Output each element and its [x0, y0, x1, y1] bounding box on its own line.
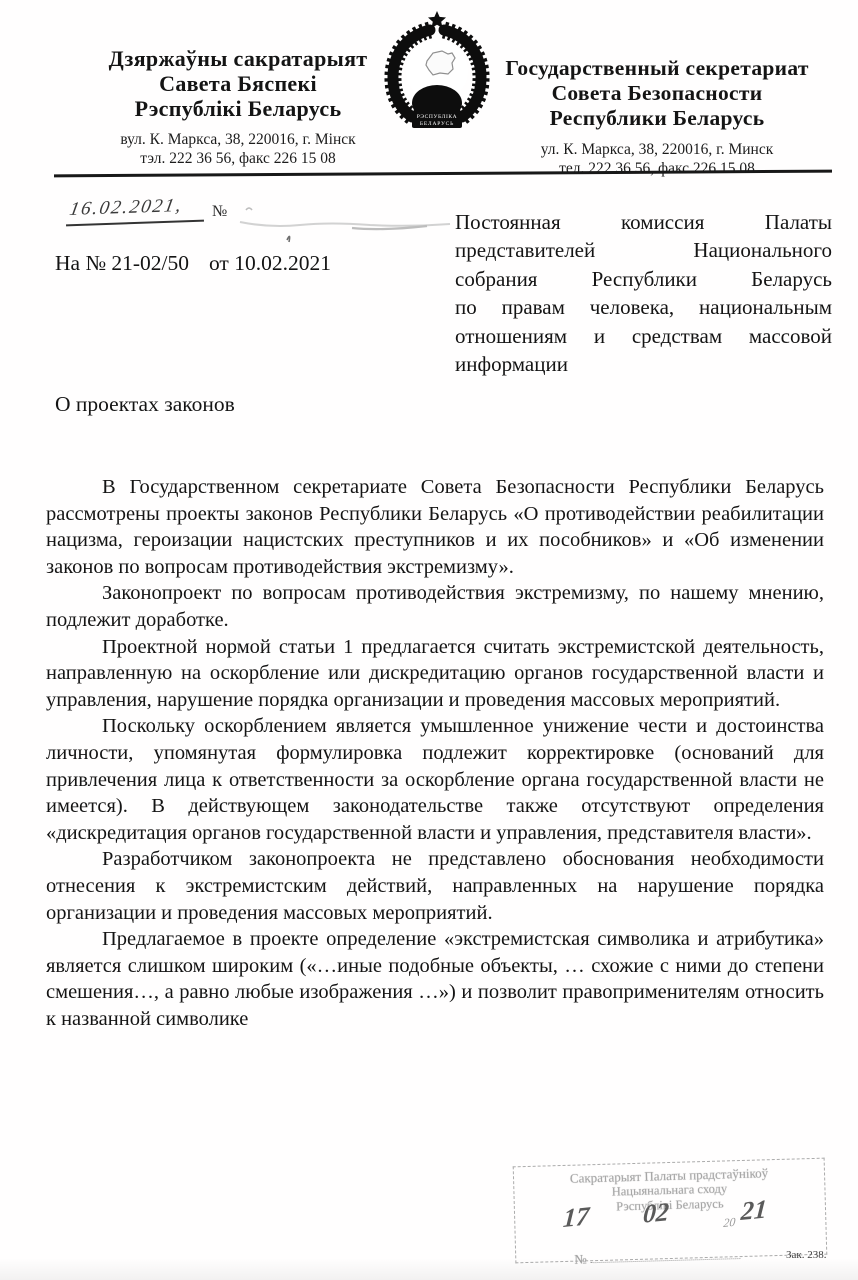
org-name-line: Рэспублікі Беларусь — [52, 96, 424, 121]
recipient-line: по правам человека, национальным — [455, 293, 832, 321]
org-name-line: Совета Безопасности — [468, 81, 846, 106]
recipient-line: отношениям и средствам массовой — [455, 322, 832, 350]
body-paragraph: Поскольку оскорблением является умышленн… — [46, 713, 824, 846]
body-paragraph: В Государственном секретариате Совета Бе… — [46, 474, 824, 580]
scan-shadow — [0, 1258, 858, 1280]
stamp-month: 02 — [643, 1204, 670, 1222]
handwritten-outgoing-date: 16.02.2021, — [68, 195, 185, 221]
reply-reference-line: На № 21-02/50от 10.02.2021 — [55, 251, 331, 276]
body-paragraph: Предлагаемое в проекте определение «экст… — [46, 926, 824, 1032]
stamp-year-preprint: 20 — [723, 1215, 736, 1231]
stamp-day: 17 — [563, 1208, 590, 1226]
org-name-line: Савета Бяспекі — [52, 71, 424, 96]
stamp-year: 21 — [741, 1201, 768, 1219]
pencil-scribble — [232, 196, 462, 246]
reply-number: На № 21-02/50 — [55, 251, 189, 275]
recipient-line: собрания Республики Беларусь — [455, 265, 832, 293]
registration-stamp: Сакратарыят Палаты прадстаўнікоў Нацыяна… — [513, 1158, 828, 1264]
letter-body: В Государственном секретариате Совета Бе… — [46, 474, 824, 1032]
body-paragraph: Проектной нормой статьи 1 предлагается с… — [46, 634, 824, 714]
org-name-line: Дзяржаўны сакратарыят — [52, 46, 424, 71]
ribbon-text: БЕЛАРУСЬ — [420, 121, 454, 127]
letterhead-russian: Государственный секретариат Совета Безоп… — [468, 56, 846, 178]
recipient-block: Постоянная комиссия Палаты представителе… — [455, 208, 832, 378]
recipient-line: представителей Национального — [455, 236, 832, 264]
recipient-line: Постоянная комиссия Палаты — [455, 208, 832, 236]
org-address: вул. К. Маркса, 38, 220016, г. Мінск тэл… — [52, 130, 424, 168]
body-paragraph: Разработчиком законопроекта не представл… — [46, 846, 824, 926]
ribbon-text: РЭСПУБЛІКА — [417, 114, 457, 120]
body-paragraph: Законопроект по вопросам противодействия… — [46, 580, 824, 633]
scanned-letter-page: Дзяржаўны сакратарыят Савета Бяспекі Рэс… — [0, 0, 858, 1280]
outgoing-number-label: № — [212, 203, 227, 221]
subject-line: О проектах законов — [55, 392, 235, 417]
org-name-line: Государственный секретариат — [468, 56, 846, 81]
org-name-line: Республики Беларусь — [468, 106, 846, 131]
reply-date: от 10.02.2021 — [209, 251, 331, 275]
handwritten-underline — [66, 220, 204, 227]
recipient-line: информации — [455, 350, 832, 378]
letterhead-belarusian: Дзяржаўны сакратарыят Савета Бяспекі Рэс… — [52, 46, 424, 168]
